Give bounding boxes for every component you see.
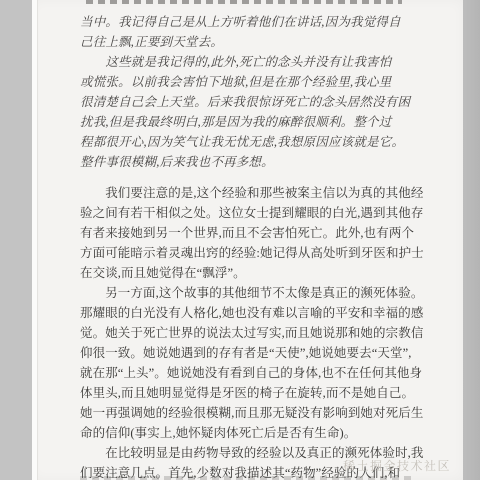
body-line: 那耀眼的白光没有人格化,她也没有难以言喻的平安和幸福的感 [80,303,420,323]
body-line: 体里头,而且她明显觉得是牙医的椅子在旋转,而不是她自己。 [80,383,420,403]
body-line: 验之间有若干相似之处。这位女士提到耀眼的白光,遇到其他存 [80,203,420,223]
clipped-line-top [86,0,402,4]
body-line: 方面可能暗示着灵魂出窍的经验:她记得从高处听到牙医和护士 [80,243,420,263]
quote-line: 很清楚自己会上天堂。后来我很惊讶死亡的念头居然没有困 [80,92,414,112]
quote-line: 整件事很模糊,后来我也不再多想。 [80,152,414,172]
body-line: 我们要注意的是,这个经验和那些被案主信以为真的其他经 [80,183,420,203]
quote-line: 程都很开心,因为笑气让我无忧无虑,我想原因应该就是它。 [80,132,414,152]
quote-line: 扰我,但是我最终明白,那是因为我的麻醉很顺利。整个过 [80,112,414,132]
body-line: 仰很一致。她说她遇到的存有者是“天使”,她说她要去“天堂”, [80,343,420,363]
quote-line: 当中。我记得自己是从上方听着他们在讲话,因为我觉得自 [80,12,414,32]
quote-line: 或慌张。以前我会害怕下地狱,但是在那个经验里,我心里 [80,72,414,92]
body-line: 命的信仰(事实上,她怀疑肉体死亡后是否有生命)。 [80,423,420,443]
body-line: 另一方面,这个故事的其他细节不太像是真正的濒死体验。 [80,283,420,303]
page-edge [32,0,38,480]
body-line: 就在那“上头”。她说她没有看到自己的身体,也不在任何其他身 [80,363,420,383]
book-page: 当中。我记得自己是从上方听着他们在讲话,因为我觉得自 己往上飘,正要到天堂去。 … [32,0,463,480]
quoted-passage: 当中。我记得自己是从上方听着他们在讲话,因为我觉得自 己往上飘,正要到天堂去。 … [80,12,414,172]
clipped-line-bottom [80,476,414,480]
body-line: 她一再强调她的经验很模糊,而且那无疑没有影响到她对死后生 [80,403,420,423]
quote-line: 这些就是我记得的,此外,死亡的念头并没有让我害怕 [80,52,414,72]
body-line: 觉。她关于死亡世界的说法太过写实,而且她说那和她的宗教信 [80,323,420,343]
body-line: 有者来接她到另一个世界,而且不会害怕死亡。此外,也有两个 [80,223,420,243]
commentary-text: 我们要注意的是,这个经验和那些被案主信以为真的其他经 验之间有若干相似之处。这位… [80,183,420,480]
watermark: 稀土掘金技术社区 [343,457,451,474]
body-line: 在交谈,而且她觉得在“飘浮”。 [80,263,420,283]
quote-line: 己往上飘,正要到天堂去。 [80,32,414,52]
